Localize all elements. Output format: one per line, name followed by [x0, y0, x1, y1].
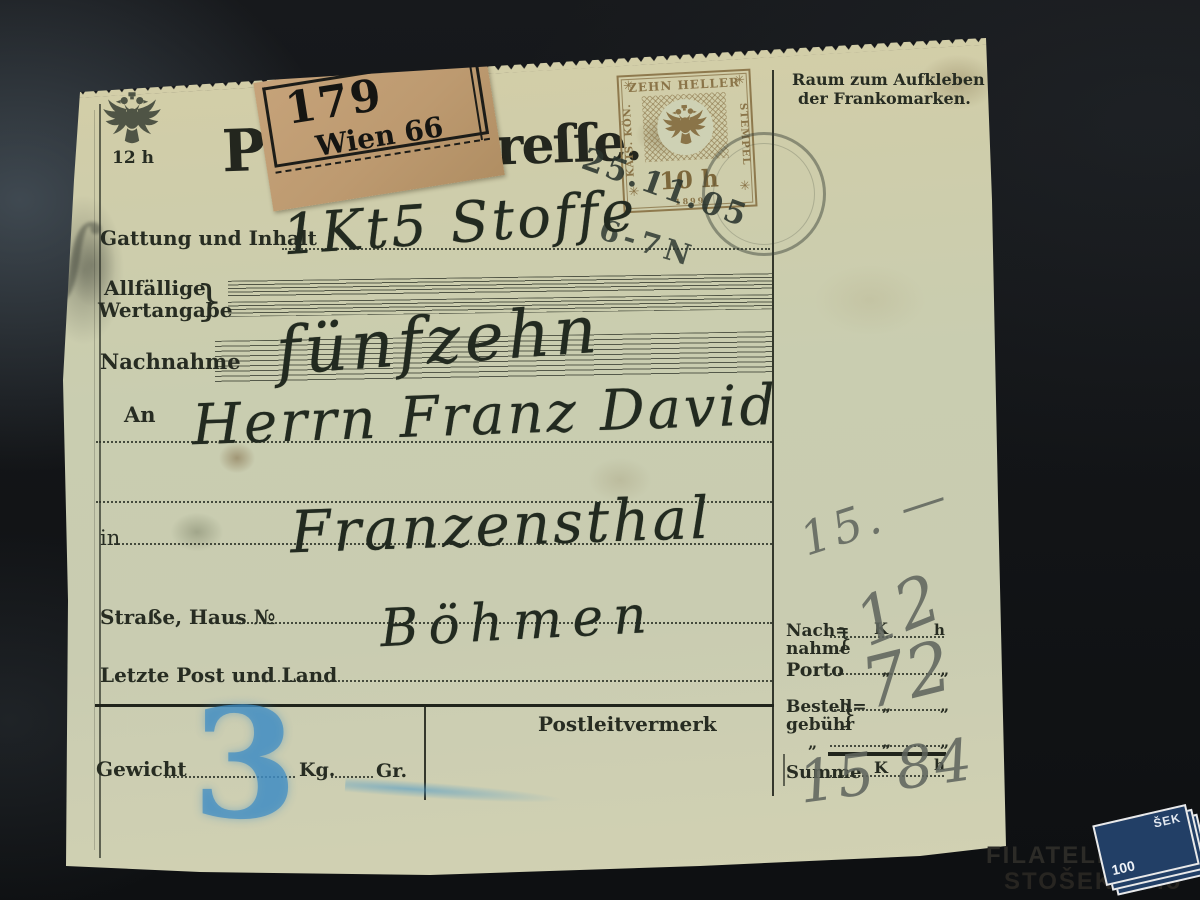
routing-label: 179 Wien 66	[253, 46, 504, 211]
emblem-value: 12 h	[112, 148, 154, 168]
photo-background: 12 h Pu reſſe. ✳ ✳ ✳ ✳ ZEHN HELLER KAIS.…	[0, 0, 1200, 900]
fee-porto-dotted-line	[830, 673, 944, 675]
routing-label-rule-2	[275, 138, 490, 174]
pencil-porto-amount: 72	[855, 630, 958, 719]
postmark-time: 6-7N	[595, 212, 700, 273]
banknote-value: 100	[1110, 857, 1136, 878]
banknote-stack-icon: ŠEK 100	[1092, 804, 1199, 886]
fee-porto-ditto-2: „	[940, 660, 949, 679]
routing-label-frame	[262, 54, 489, 166]
stamp-star-icon: ✳	[628, 186, 640, 200]
field-label-cod: Nachnahme	[100, 349, 241, 374]
fee-sum-label: Summe	[786, 762, 862, 783]
stamp-value: 10 h	[623, 162, 754, 198]
routing-label-office: Wien 66	[313, 110, 445, 163]
fee-delivery-ditto-1: „	[882, 696, 891, 715]
crayon-dash-mark	[345, 777, 561, 808]
street-dotted-line	[232, 622, 772, 624]
fee-delivery-label-line1: Bestell=	[786, 697, 867, 717]
field-label-in: in	[100, 526, 120, 550]
stamp-star-icon: ✳	[734, 74, 746, 88]
edge-ink-squiggle: ∫	[45, 202, 106, 313]
routing-note-label: Postleitvermerk	[538, 712, 717, 736]
double-eagle-emblem-icon	[102, 90, 162, 152]
weight-label: Gewicht	[96, 757, 187, 781]
crayon-weight-value: 3	[192, 688, 298, 840]
handwriting-content: 1Kt5 Stoffe	[280, 184, 639, 265]
pencil-amount-top: 15. —	[795, 471, 955, 562]
weight-dotted-line-1	[165, 776, 295, 778]
weight-unit-gr: Gr.	[376, 760, 407, 782]
pencil-cod-amount: 12	[847, 565, 950, 658]
in-dotted-line	[114, 543, 772, 545]
routing-label-number: 179	[282, 69, 387, 135]
postmark-date: 25.11.05	[577, 141, 754, 235]
fee-cod-label-line1: Nach=	[786, 621, 850, 641]
stamp-eagle-icon	[661, 103, 709, 151]
weight-dotted-line-2	[331, 776, 373, 778]
field-label-value-line2: Wertangabe	[98, 298, 232, 322]
postmark-circle	[702, 132, 826, 256]
form-title-fragment-right: reſſe.	[495, 111, 641, 177]
fee-extra-ditto-2: „	[940, 732, 949, 751]
value-ruled-band-1	[228, 273, 772, 297]
franking-note-line1: Raum zum Aufkleben	[792, 70, 985, 89]
fee-sum-currency-k: K	[874, 758, 888, 777]
fee-sum-currency-h: h	[934, 756, 945, 774]
field-label-content: Gattung und Inhalt	[100, 226, 317, 250]
fee-porto-ditto-1: „	[882, 660, 891, 679]
left-border-line-2	[94, 110, 95, 850]
pencil-sum-amount: 15 84	[795, 730, 977, 812]
form-title-fragment-left: Pu	[221, 115, 305, 186]
fee-delivery-brace: }	[840, 700, 857, 730]
content-dotted-line	[282, 248, 770, 250]
fee-porto-label: Porto	[786, 659, 844, 681]
stamp-star-icon: ✳	[623, 80, 635, 94]
fee-cod-brace: }	[836, 624, 853, 654]
fee-sum-rule	[828, 752, 946, 756]
stamp-right-text: STEMPEL	[737, 93, 752, 175]
handwriting-town: Franzensthal	[289, 489, 712, 562]
stamp-left-text: KAIS. KÖN.	[622, 99, 637, 181]
fee-cod-currency-h: h	[934, 621, 945, 639]
value-brace: }	[196, 276, 223, 325]
imprinted-stamp: ✳ ✳ ✳ ✳ ZEHN HELLER KAIS. KÖN. STEMPEL 1…	[616, 69, 757, 214]
stamp-denomination-text: ZEHN HELLER	[619, 75, 750, 96]
fee-cod-label-line2: nahme	[786, 639, 851, 659]
fee-extra-ditto-label: „	[808, 733, 817, 752]
fee-sum-tick	[783, 754, 785, 786]
field-label-street: Straße, Haus №	[100, 605, 275, 629]
fee-delivery-label-line2: gebühr	[786, 715, 854, 735]
fee-cod-currency-k: K	[874, 619, 888, 638]
left-border-line	[99, 104, 101, 858]
stamp-center-panel	[642, 92, 729, 162]
bottom-section-divider	[424, 707, 426, 800]
postmark-smudge	[44, 195, 124, 345]
field-label-last-post: Letzte Post und Land	[100, 663, 337, 687]
fee-extra-ditto-1: „	[882, 732, 891, 751]
perforation-edge	[76, 33, 990, 98]
cod-ruled-band	[215, 331, 772, 383]
stamp-year: 1899	[625, 193, 755, 210]
field-label-to: An	[124, 402, 156, 427]
fee-delivery-ditto-2: „	[940, 696, 949, 715]
address-dotted-line-2	[96, 501, 772, 503]
routing-label-frame-line	[468, 55, 483, 140]
field-label-value-line1: Allfällige	[104, 276, 206, 300]
handwriting-recipient: Herrn Franz David	[191, 378, 779, 454]
franking-note-line2: der Frankomarken.	[798, 89, 971, 108]
routing-label-rule-1	[274, 131, 489, 168]
handwriting-cod-amount: fünfzehn	[274, 297, 603, 385]
bottom-section-top-rule	[95, 704, 774, 707]
to-dotted-line	[96, 441, 772, 443]
weight-unit-kg: Kg.	[299, 759, 335, 781]
handwriting-region: Böhmen	[379, 589, 658, 655]
stamp-star-icon: ✳	[739, 180, 751, 194]
last-post-dotted-line	[258, 680, 772, 682]
main-divider-line	[772, 70, 774, 796]
stamp-eagle-medallion	[656, 98, 715, 157]
parcel-card: 12 h Pu reſſe. ✳ ✳ ✳ ✳ ZEHN HELLER KAIS.…	[0, 0, 1200, 900]
fee-extra-dotted-line	[830, 745, 944, 747]
fee-sum-dotted-line	[830, 775, 944, 777]
banknote-label: ŠEK	[1152, 811, 1182, 831]
value-ruled-band-2	[228, 294, 772, 317]
fee-delivery-dotted-line	[830, 709, 944, 711]
fee-cod-dotted-line	[830, 636, 944, 638]
